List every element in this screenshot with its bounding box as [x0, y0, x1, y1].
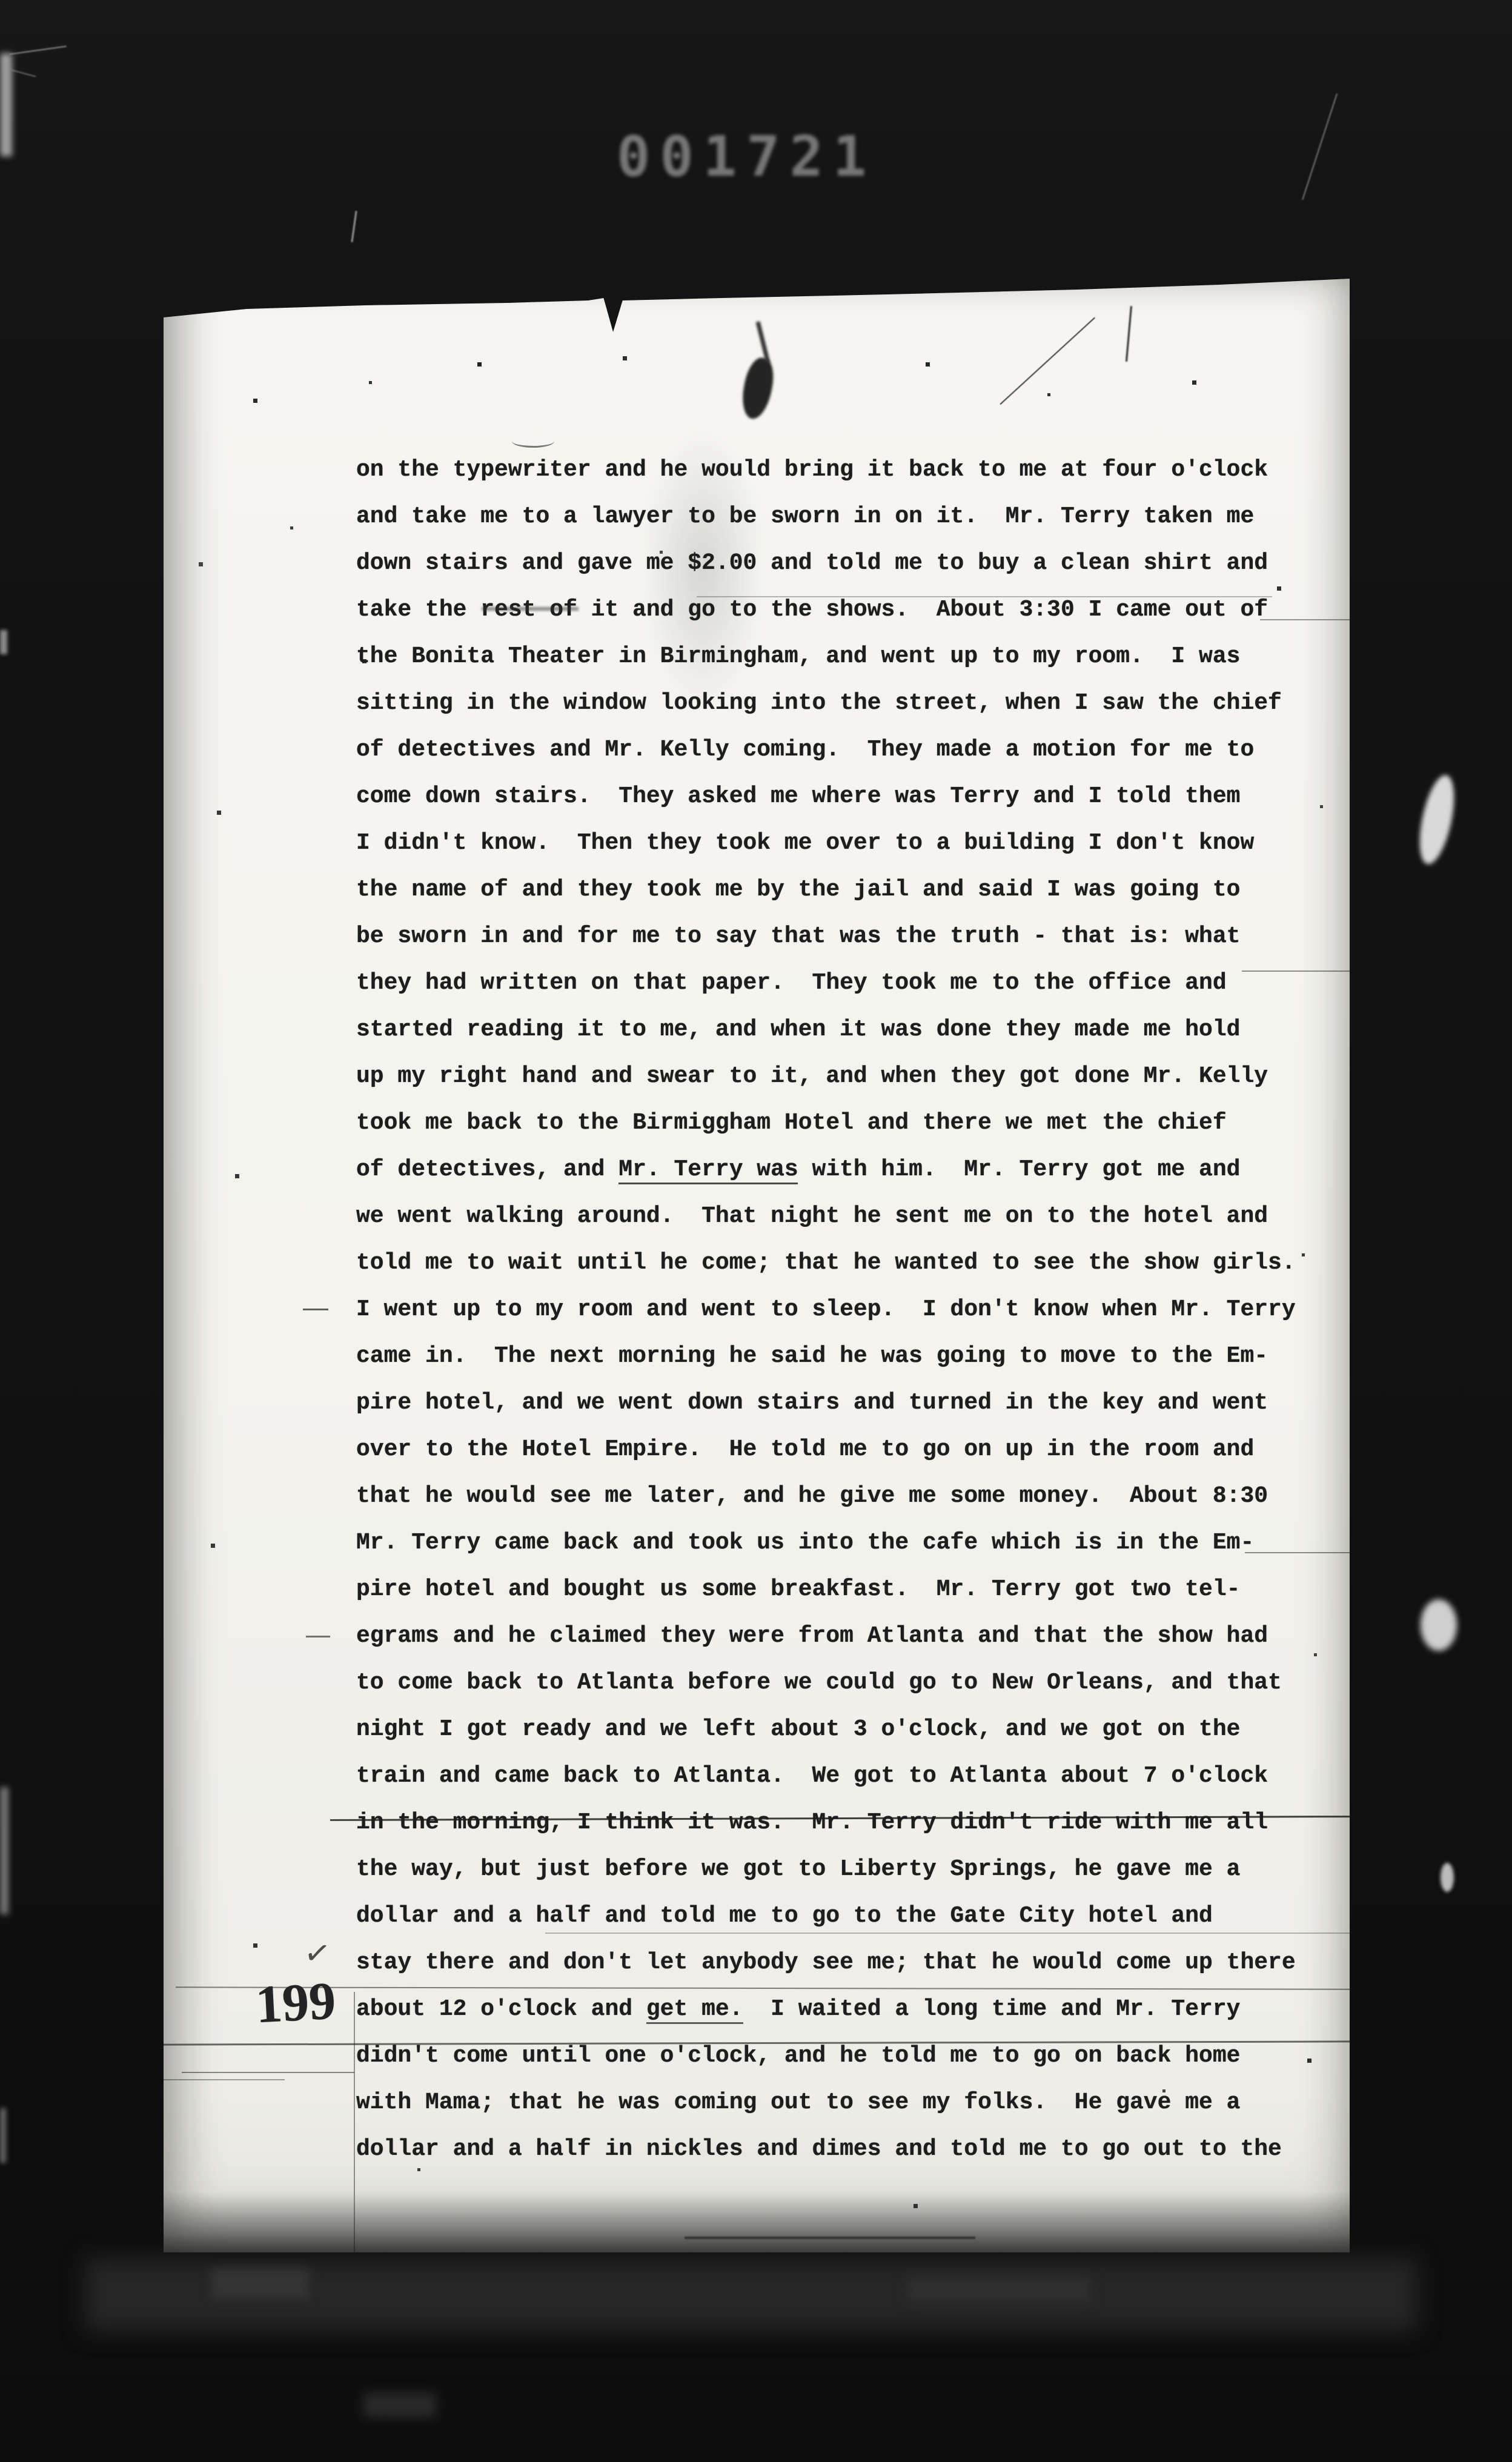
scratch-mark — [351, 211, 357, 242]
text-line: up my right hand and swear to it, and wh… — [356, 1053, 1296, 1100]
film-edge-mark — [1421, 1599, 1457, 1651]
text-line: be sworn in and for me to say that was t… — [356, 913, 1296, 960]
text-line: the way, but just before we got to Liber… — [356, 1846, 1296, 1893]
scratch-line — [1000, 317, 1095, 405]
margin-dash — [306, 1636, 330, 1637]
photostat-scan: 001721 — [0, 0, 1512, 2462]
text-line: of detectives, and Mr. Terry was with hi… — [356, 1146, 1296, 1193]
text-line: on the typewriter and he would bring it … — [356, 446, 1296, 493]
text-line: take the rest of it and go to the shows.… — [356, 586, 1296, 633]
ink-blob — [738, 356, 777, 421]
text-line: I went up to my room and went to sleep. … — [356, 1286, 1296, 1333]
film-edge-mark — [1413, 772, 1461, 868]
scratch-mark — [11, 70, 36, 78]
scratch-mark — [1302, 93, 1338, 200]
background-smudge — [85, 2258, 1417, 2331]
background-smudge — [212, 2269, 309, 2299]
page-bottom-fade — [164, 2192, 1350, 2252]
text-line: pire hotel, and we went down stairs and … — [356, 1379, 1296, 1426]
film-edge-mark — [0, 53, 12, 156]
text-line: night I got ready and we left about 3 o'… — [356, 1706, 1296, 1753]
text-line: egrams and he claimed they were from Atl… — [356, 1613, 1296, 1659]
text-line: dollar and a half and told me to go to t… — [356, 1893, 1296, 1939]
text-line: sitting in the window looking into the s… — [356, 680, 1296, 726]
scratch-line — [1126, 306, 1132, 362]
text-line: took me back to the Birmiggham Hotel and… — [356, 1100, 1296, 1146]
text-line: to come back to Atlanta before we could … — [356, 1659, 1296, 1706]
text-line: the Bonita Theater in Birmingham, and we… — [356, 633, 1296, 680]
text-line: that he would see me later, and he give … — [356, 1473, 1296, 1519]
scan-line — [164, 2079, 285, 2080]
text-line: the name of and they took me by the jail… — [356, 866, 1296, 913]
text-line: pire hotel and bought us some breakfast.… — [356, 1566, 1296, 1613]
scratch-mark — [9, 45, 66, 55]
background-smudge — [363, 2393, 436, 2417]
check-mark: ✓ — [302, 1934, 333, 1973]
text-line: in the morning, I think it was. Mr. Terr… — [356, 1799, 1296, 1846]
text-line: started reading it to me, and when it wa… — [356, 1006, 1296, 1053]
text-line: didn't come until one o'clock, and he to… — [356, 2032, 1296, 2079]
typewritten-text: on the typewriter and he would bring it … — [356, 446, 1296, 2172]
stamp-number: 001721 — [617, 124, 876, 189]
page-number: 199 — [254, 1971, 337, 2036]
film-edge-mark — [0, 1787, 8, 1914]
text-line: over to the Hotel Empire. He told me to … — [356, 1426, 1296, 1473]
text-line: they had written on that paper. They too… — [356, 960, 1296, 1006]
text-line: stay there and don't let anybody see me;… — [356, 1939, 1296, 1986]
background-smudge — [909, 2278, 1090, 2302]
ink-blob-tail — [756, 321, 771, 363]
text-line: of detectives and Mr. Kelly coming. They… — [356, 726, 1296, 773]
text-line: and take me to a lawyer to be sworn in o… — [356, 493, 1296, 540]
margin-dash — [303, 1309, 328, 1310]
text-line: train and came back to Atlanta. We got t… — [356, 1753, 1296, 1799]
text-line: with Mama; that he was coming out to see… — [356, 2079, 1296, 2126]
text-line: come down stairs. They asked me where wa… — [356, 773, 1296, 820]
text-line: about 12 o'clock and get me. I waited a … — [356, 1986, 1296, 2032]
text-line: told me to wait until he come; that he w… — [356, 1239, 1296, 1286]
film-edge-mark — [0, 630, 7, 654]
speck-field — [164, 273, 165, 274]
text-line: I didn't know. Then they took me over to… — [356, 820, 1296, 866]
text-line: dollar and a half in nickles and dimes a… — [356, 2126, 1296, 2172]
text-line: came in. The next morning he said he was… — [356, 1333, 1296, 1379]
text-line: down stairs and gave me $2.00 and told m… — [356, 540, 1296, 586]
pen-curve — [512, 435, 554, 448]
scan-line — [182, 2072, 354, 2073]
document-page: 199 ✓ on the typewriter and he would bri… — [164, 273, 1350, 2252]
film-edge-mark — [0, 2108, 6, 2163]
text-line: Mr. Terry came back and took us into the… — [356, 1519, 1296, 1566]
text-line: we went walking around. That night he se… — [356, 1193, 1296, 1239]
film-edge-mark — [1441, 1863, 1454, 1892]
